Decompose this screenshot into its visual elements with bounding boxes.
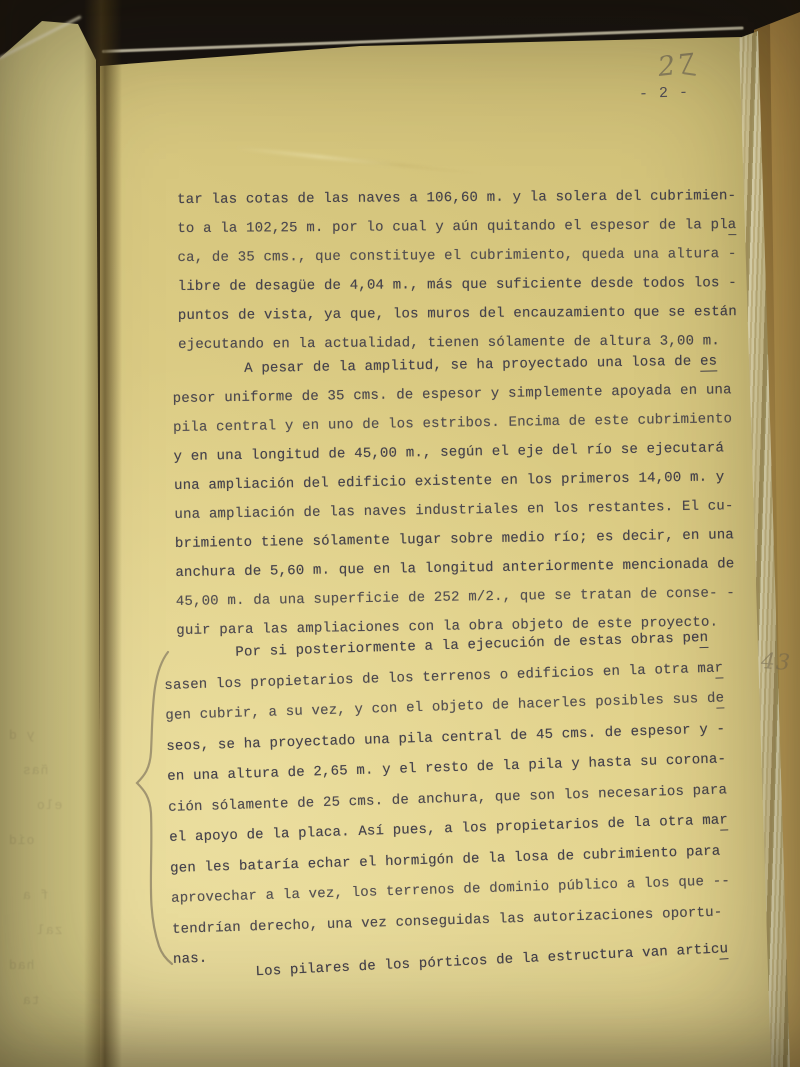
bleedthrough-text: had <box>8 958 34 973</box>
bleedthrough-text: zal <box>36 923 62 938</box>
paragraph-3: Por si posteriormente a la ejecución de … <box>163 622 732 975</box>
typed-line: tar las cotas de las naves a 106,60 m. y… <box>177 182 736 215</box>
paragraph-1: tar las cotas de las naves a 106,60 m. y… <box>177 182 737 360</box>
typed-line: to a la 102,25 m. por lo cual y aún quit… <box>177 211 736 244</box>
pencil-brace-annotation <box>128 646 180 968</box>
bleedthrough-text: f a <box>22 888 48 903</box>
scanned-document-photo: 43 y dñaselooídf azalhadta 27 - 2 - tar … <box>0 0 800 1067</box>
paragraph-2: A pesar de la amplitud, se ha proyectado… <box>172 347 736 646</box>
bleedthrough-text: ñas <box>22 763 48 778</box>
handwritten-page-number: 27 <box>656 48 697 83</box>
bleedthrough-text: elo <box>36 798 62 813</box>
typed-line: ca, de 35 cms., que constituye el cubrim… <box>177 240 736 273</box>
typed-line: libre de desagüe de 4,04 m., más que suf… <box>178 269 737 302</box>
bleedthrough-text: oíd <box>8 833 34 848</box>
binding-spine-shadow <box>84 0 122 1067</box>
bleedthrough-text: ta <box>22 993 40 1008</box>
typed-line: puntos de vista, ya que, los muros del e… <box>178 298 737 331</box>
bleedthrough-text: y d <box>8 728 34 743</box>
folder-margin-number: 43 <box>760 649 792 676</box>
typed-page-number: - 2 - <box>639 84 690 103</box>
